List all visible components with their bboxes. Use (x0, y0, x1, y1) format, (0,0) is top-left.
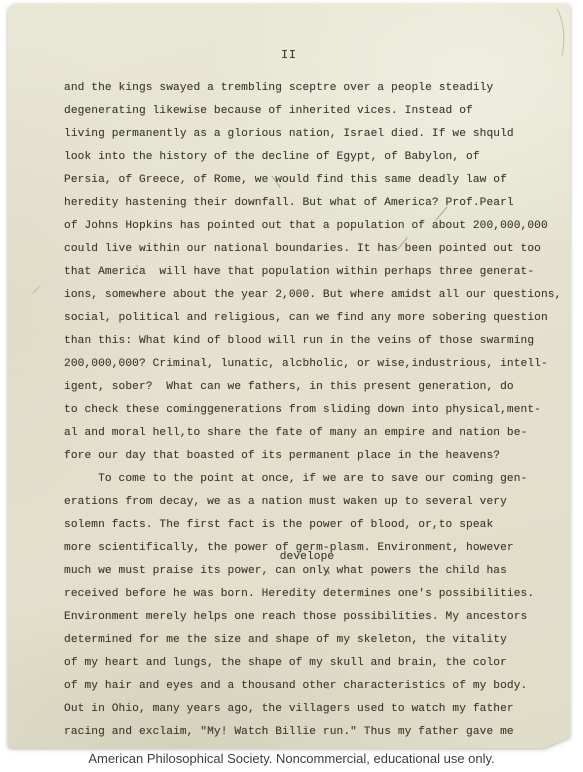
typed-line: to check these cominggenerations from sl… (64, 399, 566, 422)
typed-line: racing and exclaim, "My! Watch Billie ru… (64, 721, 566, 744)
typed-line: Persia, of Greece, of Rome, we would fin… (64, 169, 566, 192)
typed-line: Out in Ohio, many years ago, the village… (64, 698, 566, 721)
license-caption: American Philosophical Society. Noncomme… (0, 750, 583, 772)
typed-line: igent, sober? What can we fathers, in th… (64, 376, 566, 399)
typed-line: could live within our national boundarie… (64, 238, 566, 261)
typed-line: and the kings swayed a trembling sceptre… (64, 77, 566, 100)
typed-line: social, political and religious, can we … (64, 307, 566, 330)
insertion-caret-icon: ^ (325, 570, 331, 579)
typed-line: erations from decay, we as a nation must… (64, 491, 566, 514)
typed-line: determined for me the size and shape of … (64, 629, 566, 652)
typed-line: al and moral hell,to share the fate of m… (64, 422, 566, 445)
typed-line: degenerating likewise because of inherit… (64, 100, 566, 123)
typed-line: ions, somewhere about the year 2,000. Bu… (64, 284, 566, 307)
typed-line: heredity hastening their downfall. But w… (64, 192, 566, 215)
typed-line: living permanently as a glorious nation,… (64, 123, 566, 146)
typed-line: of my heart and lungs, the shape of my s… (64, 652, 566, 675)
typed-line: that America will have that population w… (64, 261, 566, 284)
typed-line: than this: What kind of blood will run i… (64, 330, 566, 353)
inserted-word: develope (280, 552, 335, 563)
insert-line-before: much we must praise its power, can only (64, 565, 330, 577)
typed-line: of my hair and eyes and a thousand other… (64, 675, 566, 698)
typed-line: solemn facts. The first fact is the powe… (64, 514, 566, 537)
typed-line: received before he was born. Heredity de… (64, 583, 566, 606)
typed-line-with-insertion: much we must praise its power, can onlyd… (64, 560, 566, 583)
typed-line: Environment merely helps one reach those… (64, 606, 566, 629)
typed-line: 200,000,000? Criminal, lunatic, alcbholi… (64, 353, 566, 376)
page-number: II (8, 49, 570, 63)
typed-line: To come to the point at once, if we are … (64, 468, 566, 491)
insert-line-after: what powers the child has (330, 565, 507, 577)
document-page: II and the kings swayed a trembling scep… (8, 4, 570, 748)
scan-background: II and the kings swayed a trembling scep… (0, 0, 583, 772)
typed-line: of Johns Hopkins has pointed out that a … (64, 215, 566, 238)
typed-line: fore our day that boasted of its permane… (64, 445, 566, 468)
typed-line: look into the history of the decline of … (64, 146, 566, 169)
paper-shadow-wrap: II and the kings swayed a trembling scep… (8, 4, 570, 748)
